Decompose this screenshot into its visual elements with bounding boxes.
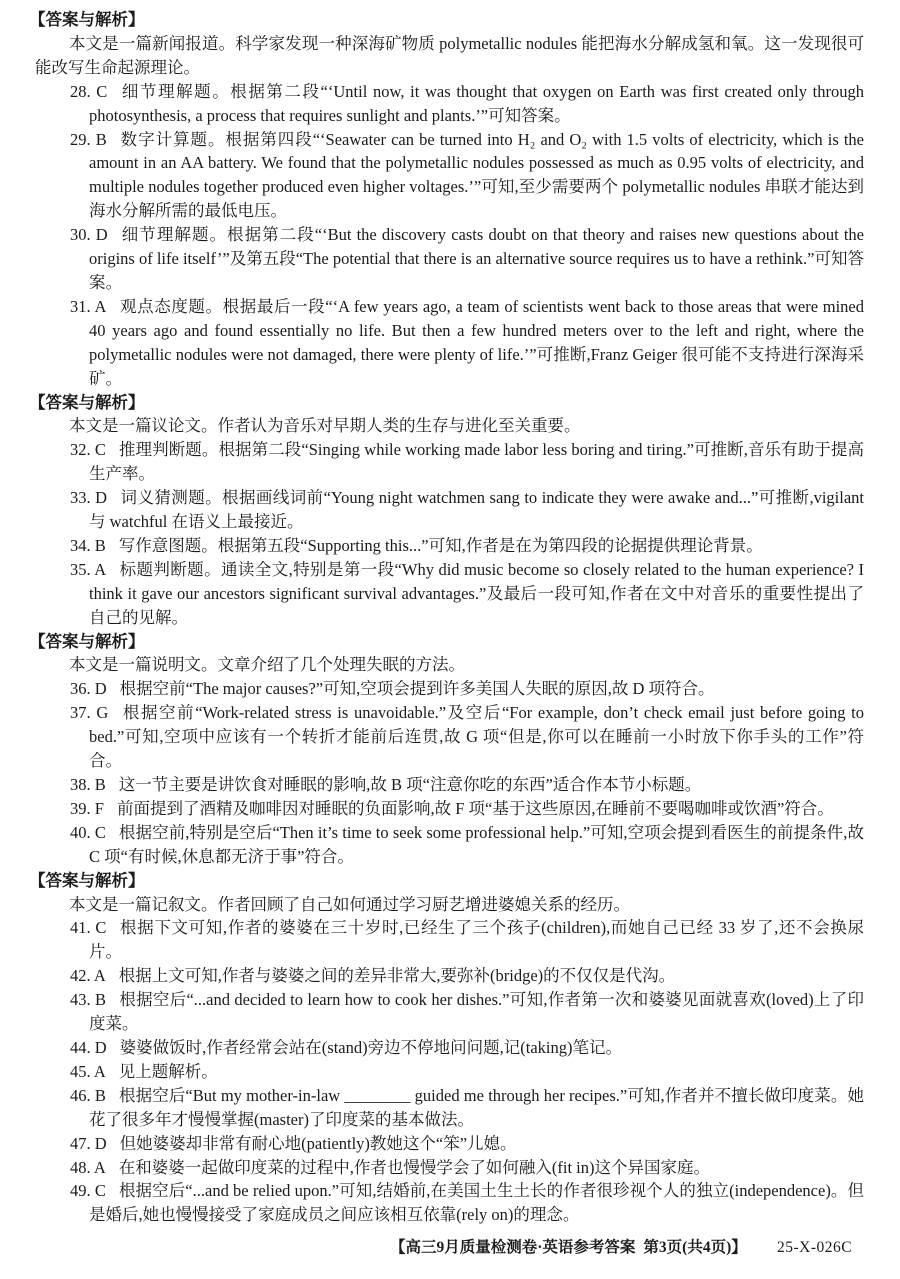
answer-item: 47. D但她婆婆却非常有耐心地(patiently)教她这个“笨”儿媳。 [35,1132,864,1156]
answer-item: 38. B这一节主要是讲饮食对睡眠的影响,故 B 项“注意你吃的东西”适合作本节… [35,773,864,797]
item-explanation: 细节理解题。根据第二段“‘Until now, it was thought t… [89,82,864,125]
footer-exam-title: 【高三9月质量检测卷·英语参考答案 [390,1239,635,1256]
answer-item: 43. B根据空后“...and decided to learn how to… [35,988,864,1036]
item-explanation: 词义猜测题。根据画线词前“Young night watchmen sang t… [89,488,864,531]
section-header: 【答案与解析】 [29,630,864,654]
item-explanation: 根据空后“...and be relied upon.”可知,结婚前,在美国土生… [89,1181,864,1224]
answer-item: 39. F前面提到了酒精及咖啡因对睡眠的负面影响,故 F 项“基于这些原因,在睡… [35,797,864,821]
answer-item: 42. A根据上文可知,作者与婆婆之间的差异非常大,要弥补(bridge)的不仅… [35,964,864,988]
answer-item: 45. A见上题解析。 [35,1060,864,1084]
item-number-answer: 41. C [70,918,106,937]
item-number-answer: 37. G [70,703,108,722]
footer-paper-code: 25-X-026C [777,1236,852,1260]
answer-item: 49. C根据空后“...and be relied upon.”可知,结婚前,… [35,1179,864,1227]
answer-item: 35. A标题判断题。通读全文,特别是第一段“Why did music bec… [35,558,864,630]
answer-content: 【答案与解析】本文是一篇新闻报道。科学家发现一种深海矿物质 polymetall… [0,0,900,1227]
answer-item: 48. A在和婆婆一起做印度菜的过程中,作者也慢慢学会了如何融入(fit in)… [35,1156,864,1180]
item-number-answer: 47. D [70,1134,107,1153]
item-explanation: 根据空后“...and decided to learn how to cook… [89,990,864,1033]
item-explanation: 根据空前,特别是空后“Then it’s time to seek some p… [89,823,864,866]
item-number-answer: 38. B [70,775,106,794]
page-footer: 【高三9月质量检测卷·英语参考答案第3页(共4页)】 25-X-026C [0,1236,900,1260]
answer-item: 28. C细节理解题。根据第二段“‘Until now, it was thou… [35,80,864,128]
item-explanation: 见上题解析。 [119,1062,218,1081]
section-header: 【答案与解析】 [29,8,864,32]
item-number-answer: 33. D [70,488,107,507]
item-explanation: 前面提到了酒精及咖啡因对睡眠的负面影响,故 F 项“基于这些原因,在睡前不要喝咖… [117,799,834,818]
item-number-answer: 34. B [70,536,106,555]
item-number-answer: 48. A [70,1158,106,1177]
item-explanation: 根据空后“But my mother-in-law ________ guide… [89,1086,864,1129]
section-intro: 本文是一篇说明文。文章介绍了几个处理失眠的方法。 [35,653,864,677]
item-number-answer: 49. C [70,1181,106,1200]
item-number-answer: 36. D [70,679,107,698]
item-number-answer: 44. D [70,1038,107,1057]
item-explanation: 婆婆做饭时,作者经常会站在(stand)旁边不停地问问题,记(taking)笔记… [120,1038,622,1057]
footer-caption: 【高三9月质量检测卷·英语参考答案第3页(共4页)】 [390,1236,747,1260]
answer-item: 40. C根据空前,特别是空后“Then it’s time to seek s… [35,821,864,869]
item-explanation: 在和婆婆一起做印度菜的过程中,作者也慢慢学会了如何融入(fit in)这个异国家… [119,1158,710,1177]
answer-item: 34. B写作意图题。根据第五段“Supporting this...”可知,作… [35,534,864,558]
item-number-answer: 29. B [70,130,107,149]
answer-item: 29. B数字计算题。根据第四段“‘Seawater can be turned… [35,128,864,224]
section-intro: 本文是一篇议论文。作者认为音乐对早期人类的生存与进化至关重要。 [35,414,864,438]
answer-item: 41. C根据下文可知,作者的婆婆在三十岁时,已经生了三个孩子(children… [35,916,864,964]
item-number-answer: 32. C [70,440,106,459]
answer-item: 37. G根据空前“Work-related stress is unavoid… [35,701,864,773]
answer-item: 36. D根据空前“The major causes?”可知,空项会提到许多美国… [35,677,864,701]
section-intro: 本文是一篇新闻报道。科学家发现一种深海矿物质 polymetallic nodu… [35,32,864,80]
item-number-answer: 46. B [70,1086,106,1105]
item-number-answer: 43. B [70,990,106,1009]
section-header: 【答案与解析】 [29,869,864,893]
item-explanation: 写作意图题。根据第五段“Supporting this...”可知,作者是在为第… [119,536,763,555]
footer-page-number: 第3页(共4页)】 [643,1239,746,1256]
item-number-answer: 31. A [70,297,106,316]
answer-item: 46. B根据空后“But my mother-in-law ________ … [35,1084,864,1132]
item-explanation: 根据空前“Work-related stress is unavoidable.… [89,703,864,770]
item-explanation: 但她婆婆却非常有耐心地(patiently)教她这个“笨”儿媳。 [120,1134,517,1153]
item-explanation: 根据下文可知,作者的婆婆在三十岁时,已经生了三个孩子(children),而她自… [89,918,864,961]
item-explanation: 数字计算题。根据第四段“‘Seawater can be turned into… [89,130,864,221]
item-explanation: 推理判断题。根据第二段“Singing while working made l… [89,440,864,483]
item-explanation: 这一节主要是讲饮食对睡眠的影响,故 B 项“注意你吃的东西”适合作本节小标题。 [119,775,702,794]
item-explanation: 根据上文可知,作者与婆婆之间的差异非常大,要弥补(bridge)的不仅仅是代沟。 [119,966,675,985]
item-number-answer: 40. C [70,823,106,842]
answer-item: 30. D细节理解题。根据第二段“‘But the discovery cast… [35,223,864,295]
item-explanation: 根据空前“The major causes?”可知,空项会提到许多美国人失眠的原… [120,679,715,698]
section-intro: 本文是一篇记叙文。作者回顾了自己如何通过学习厨艺增进婆媳关系的经历。 [35,893,864,917]
answer-item: 44. D婆婆做饭时,作者经常会站在(stand)旁边不停地问问题,记(taki… [35,1036,864,1060]
answer-item: 33. D词义猜测题。根据画线词前“Young night watchmen s… [35,486,864,534]
item-explanation: 观点态度题。根据最后一段“‘A few years ago, a team of… [89,297,864,388]
item-number-answer: 42. A [70,966,106,985]
item-explanation: 细节理解题。根据第二段“‘But the discovery casts dou… [89,225,864,292]
section-header: 【答案与解析】 [29,391,864,415]
item-number-answer: 39. F [70,799,104,818]
item-explanation: 标题判断题。通读全文,特别是第一段“Why did music become s… [89,560,864,627]
answer-item: 31. A观点态度题。根据最后一段“‘A few years ago, a te… [35,295,864,391]
item-number-answer: 28. C [70,82,107,101]
item-number-answer: 45. A [70,1062,106,1081]
item-number-answer: 35. A [70,560,106,579]
item-number-answer: 30. D [70,225,108,244]
answer-item: 32. C推理判断题。根据第二段“Singing while working m… [35,438,864,486]
